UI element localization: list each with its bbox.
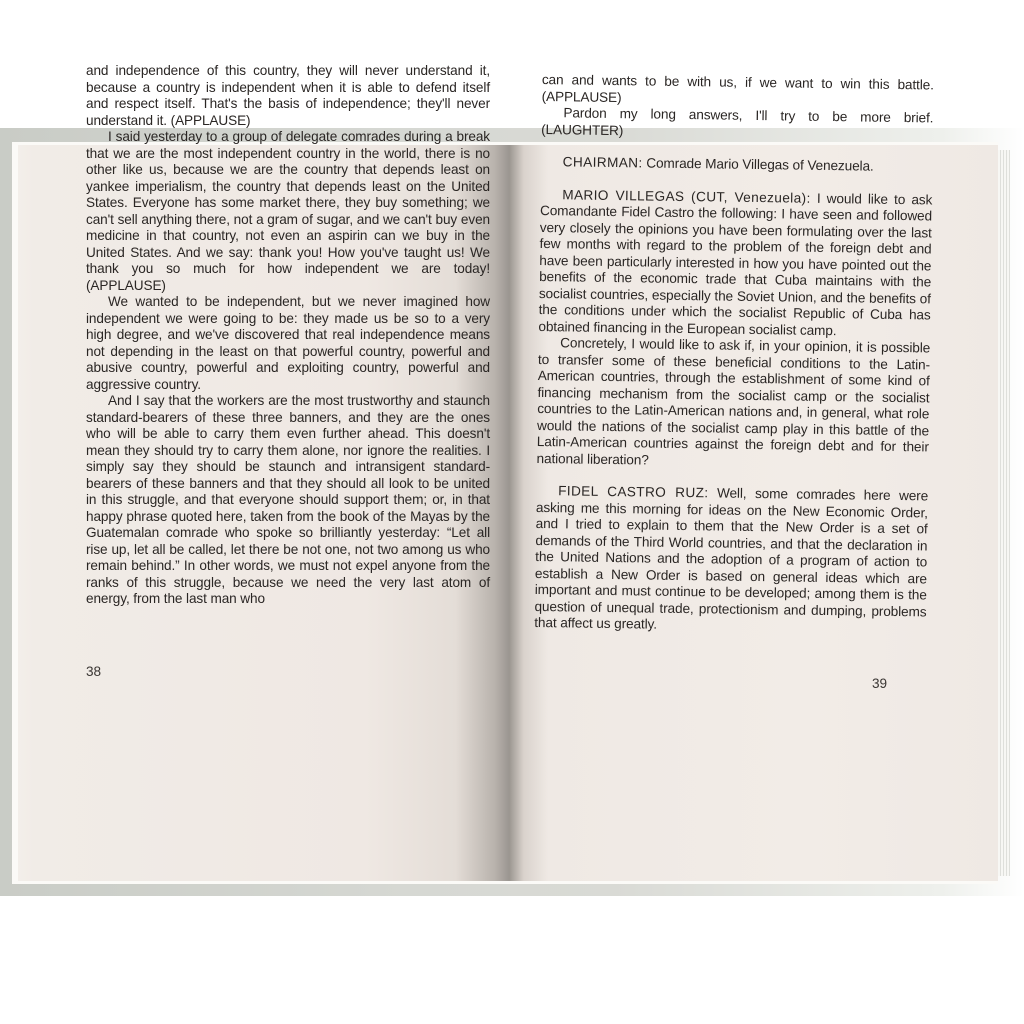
paragraph: can and wants to be with us, if we want … [542,72,934,110]
speaker-label: FIDEL CASTRO RUZ: [558,483,709,500]
paragraph: And I say that the workers are the most … [86,393,490,608]
page-number-left: 38 [86,664,101,679]
paragraph: Pardon my long answers, I'll try to be m… [541,105,933,143]
right-page-text: can and wants to be with us, if we want … [534,72,934,637]
paragraph: I said yesterday to a group of delegate … [86,129,490,294]
paragraph: and independence of this country, they w… [86,63,490,129]
page-number-right: 39 [872,676,887,691]
paragraph: Concretely, I would like to ask if, in y… [536,335,930,472]
speaker-paragraph: CHAIRMAN: Comrade Mario Villegas of Vene… [541,154,933,176]
page-edges [998,150,1010,876]
speech-text: Comrade Mario Villegas of Venezuela. [643,155,874,173]
speaker-paragraph: FIDEL CASTRO RUZ: Well, some comrades he… [534,483,928,637]
speaker-paragraph: MARIO VILLEGAS (CUT, Venezuela): I would… [538,186,932,340]
photo-scene: and independence of this country, they w… [0,0,1024,1024]
speaker-label: CHAIRMAN: [563,154,643,170]
speaker-label: MARIO VILLEGAS (CUT, Venezuela): [562,187,811,205]
speech-text: Well, some comrades here were asking me … [534,485,928,631]
paragraph: We wanted to be independent, but we neve… [86,294,490,393]
left-page-text: and independence of this country, they w… [86,63,490,608]
speech-text: I would like to ask Comandante Fidel Cas… [538,190,932,337]
